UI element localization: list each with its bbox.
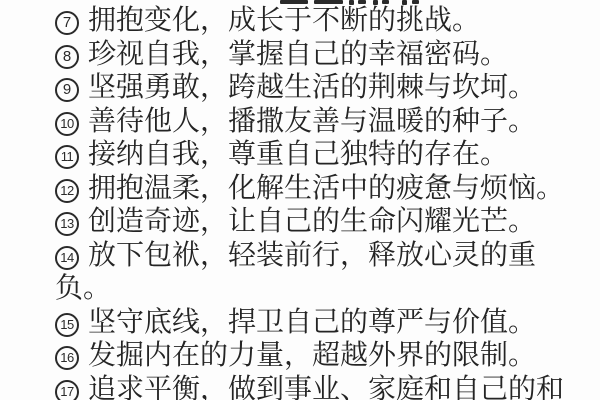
item-text: 发掘内在的力量，超越外界的限制。 <box>88 339 536 370</box>
list-item-14: 14放下包袱，轻装前行，释放心灵的重负。 <box>55 238 582 305</box>
cropped-text-fragment <box>280 0 308 4</box>
item-number: 15 <box>60 317 73 332</box>
item-text: 拥抱温柔，化解生活中的疲惫与烦恼。 <box>88 172 564 203</box>
item-number: 10 <box>60 116 73 131</box>
item-number: 8 <box>63 48 71 65</box>
item-number-badge: 16 <box>55 346 79 370</box>
item-text: 坚强勇敢，跨越生活的荆棘与坎坷。 <box>88 71 536 102</box>
item-number: 7 <box>63 14 71 31</box>
cropped-text-fragment <box>373 0 378 5</box>
item-number-badge: 17 <box>55 380 79 400</box>
list-item-12: 12拥抱温柔，化解生活中的疲惫与烦恼。 <box>55 171 582 205</box>
item-number: 12 <box>60 183 73 198</box>
list-item-7: 7拥抱变化，成长于不断的挑战。 <box>55 3 582 37</box>
cropped-text-fragment <box>349 0 354 5</box>
cropped-text-fragment <box>412 0 419 4</box>
item-number-badge: 15 <box>55 313 79 337</box>
item-number: 17 <box>60 384 73 399</box>
list-item-15: 15坚守底线，捍卫自己的尊严与价值。 <box>55 305 582 339</box>
item-number-badge: 8 <box>55 45 79 69</box>
item-text: 接纳自我，尊重自己独特的存在。 <box>88 138 508 169</box>
item-text: 善待他人，播撒友善与温暖的种子。 <box>88 105 536 136</box>
item-number-badge: 9 <box>55 78 79 102</box>
item-number-badge: 14 <box>55 246 79 270</box>
item-number-badge: 13 <box>55 212 79 236</box>
document-page: 7拥抱变化，成长于不断的挑战。 8珍视自我，掌握自己的幸福密码。 9坚强勇敢，跨… <box>0 0 600 400</box>
item-text: 珍视自我，掌握自己的幸福密码。 <box>88 38 508 69</box>
item-number: 14 <box>60 250 73 265</box>
list-item-8: 8珍视自我，掌握自己的幸福密码。 <box>55 37 582 71</box>
item-number: 13 <box>60 216 73 231</box>
item-number: 9 <box>63 81 71 98</box>
item-number-badge: 7 <box>55 11 79 35</box>
cropped-text-fragment <box>314 0 343 4</box>
cropped-text-fragment <box>358 0 366 4</box>
affirmation-list: 7拥抱变化，成长于不断的挑战。 8珍视自我，掌握自己的幸福密码。 9坚强勇敢，跨… <box>0 0 600 400</box>
list-item-13: 13创造奇迹，让自己的生命闪耀光芒。 <box>55 204 582 238</box>
list-item-11: 11接纳自我，尊重自己独特的存在。 <box>55 137 582 171</box>
item-number: 11 <box>61 149 74 164</box>
item-text: 创造奇迹，让自己的生命闪耀光芒。 <box>88 205 536 236</box>
item-text: 拥抱变化，成长于不断的挑战。 <box>88 4 480 35</box>
list-item-10: 10善待他人，播撒友善与温暖的种子。 <box>55 104 582 138</box>
item-number-badge: 10 <box>55 112 79 136</box>
item-text: 追求平衡，做到事业、家庭和自己的和 <box>88 373 564 400</box>
item-text: 坚守底线，捍卫自己的尊严与价值。 <box>88 306 536 337</box>
item-number-badge: 11 <box>55 145 79 169</box>
list-item-9: 9坚强勇敢，跨越生活的荆棘与坎坷。 <box>55 70 582 104</box>
item-number: 16 <box>60 350 73 365</box>
list-item-16: 16发掘内在的力量，超越外界的限制。 <box>55 338 582 372</box>
item-number-badge: 12 <box>55 179 79 203</box>
item-text: 放下包袱，轻装前行，释放心灵的重负。 <box>55 239 536 304</box>
cropped-text-fragment <box>382 0 389 4</box>
cropped-text-fragment <box>402 0 407 5</box>
list-item-17: 17追求平衡，做到事业、家庭和自己的和 <box>55 372 582 400</box>
